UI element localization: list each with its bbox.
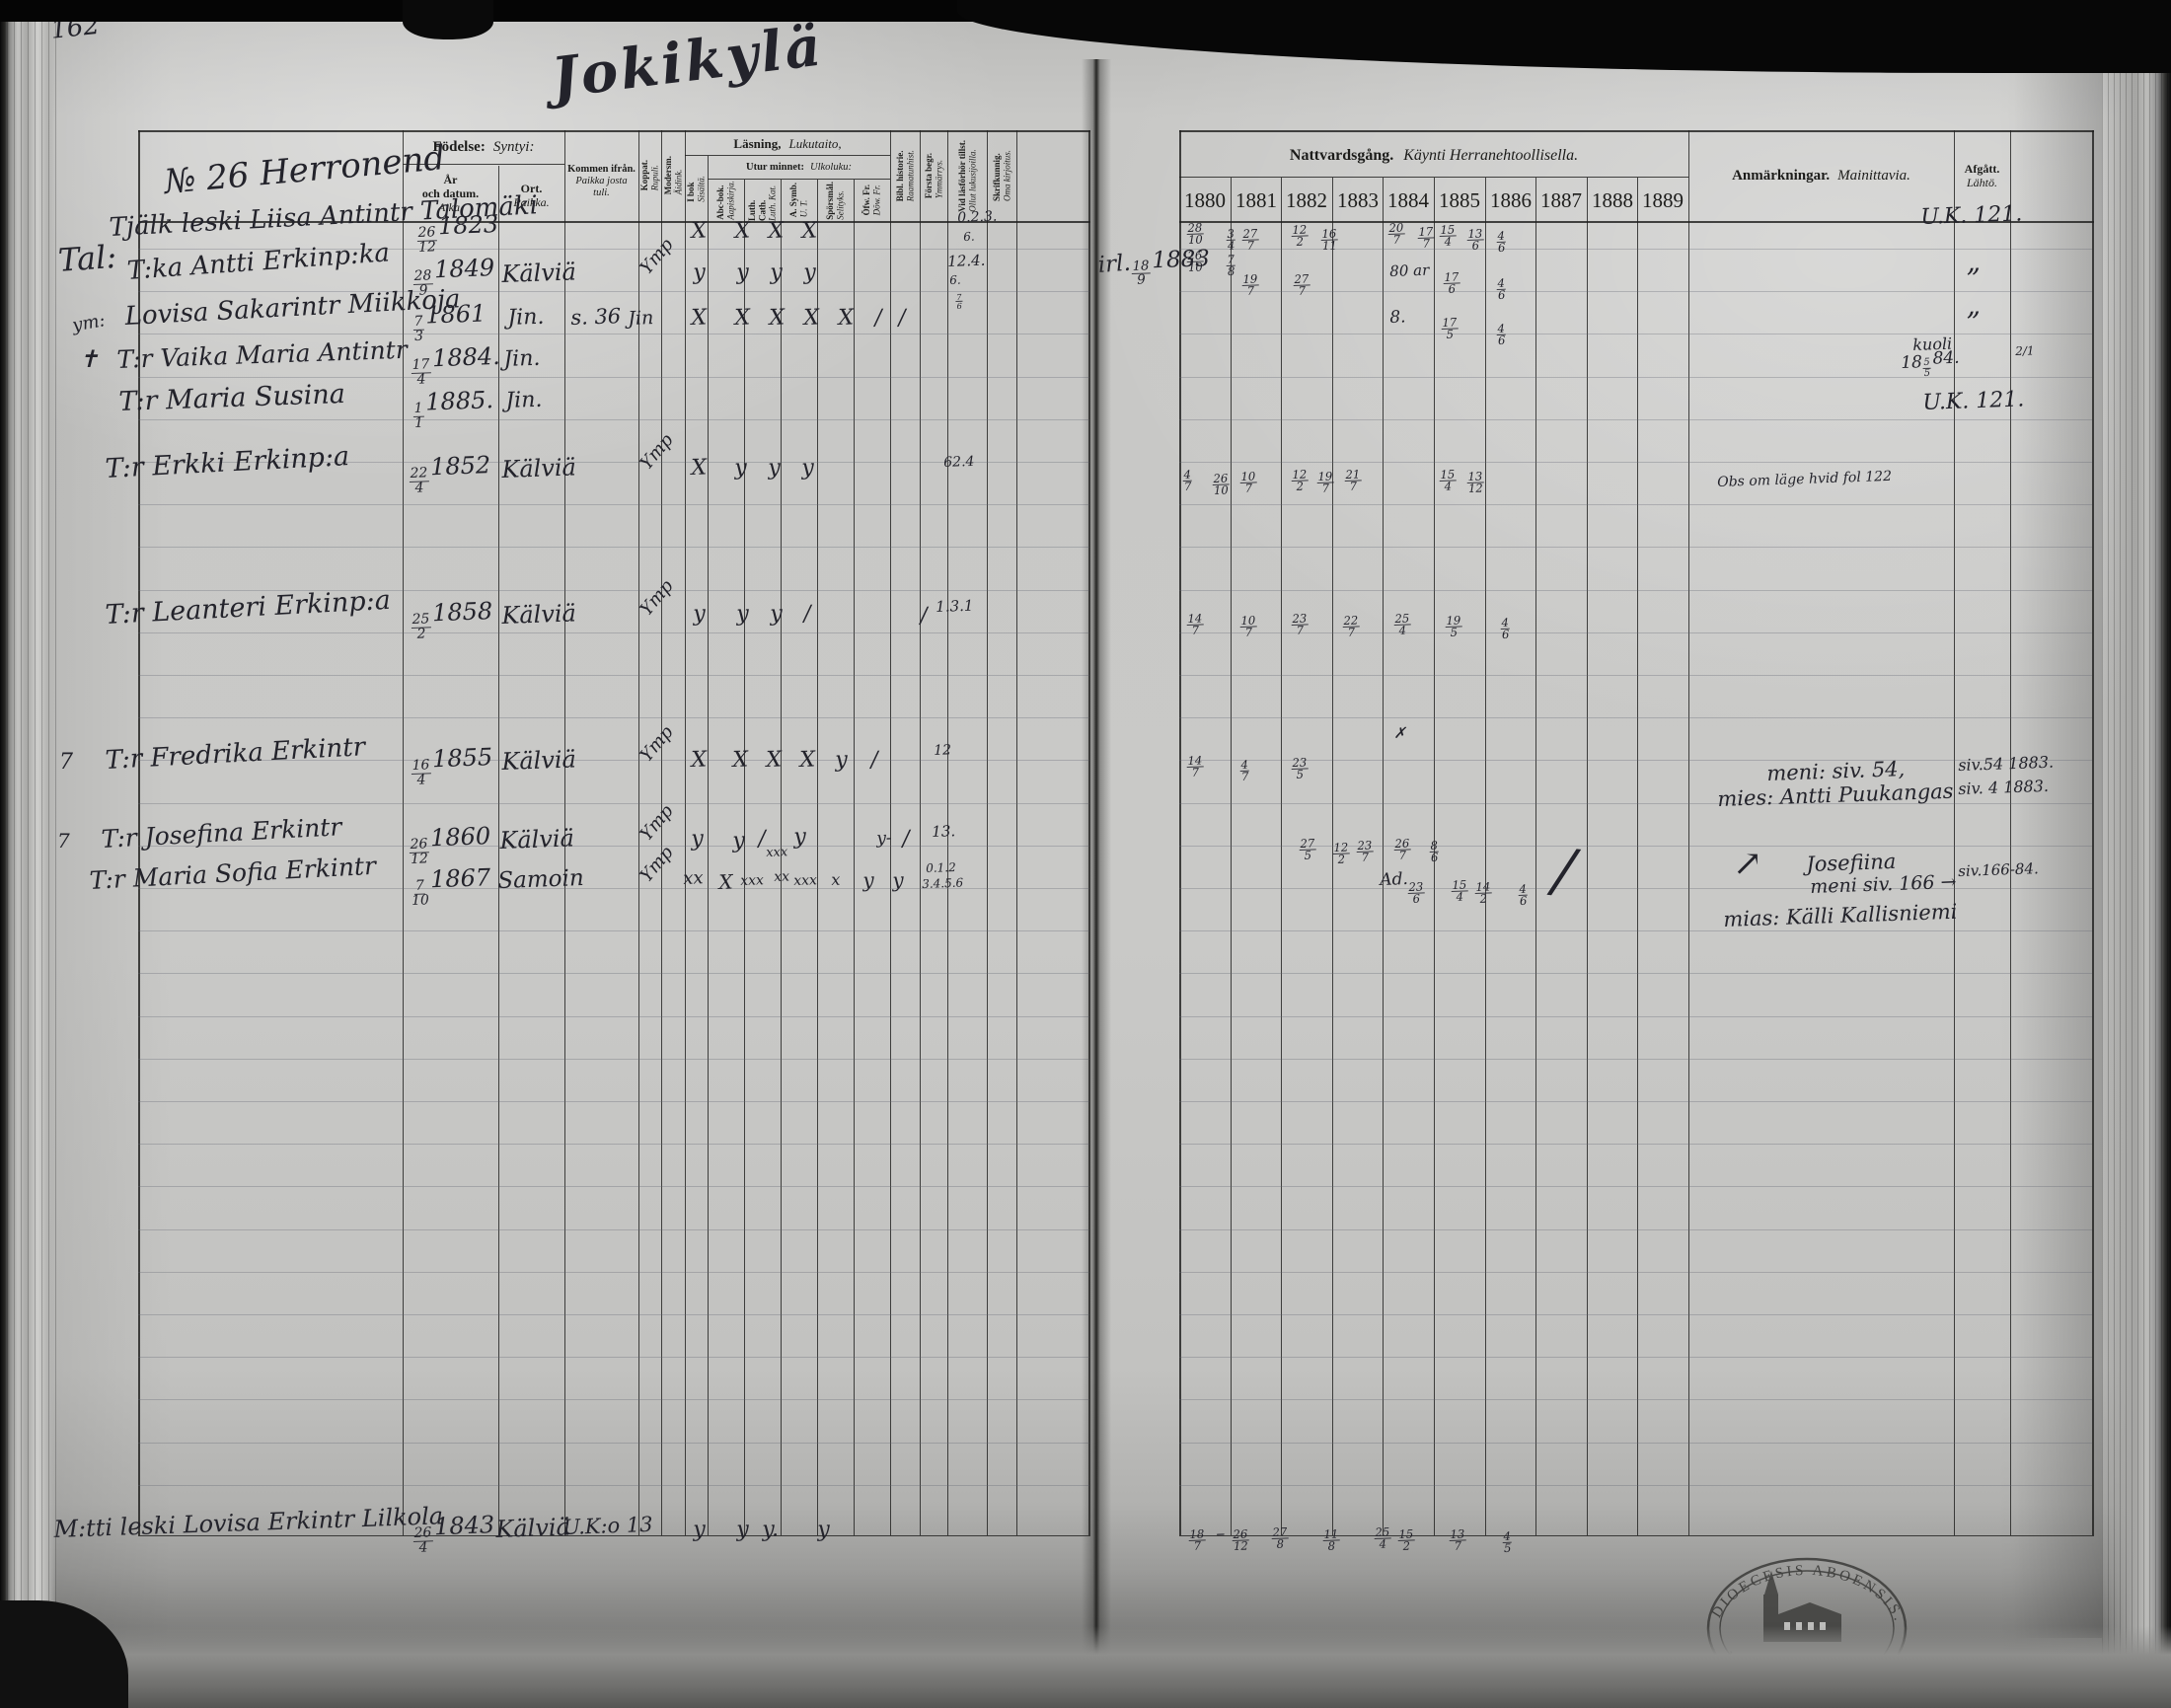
vertical-column-fi: Ollut lukusijoilla.	[967, 140, 977, 212]
handwritten-entry: 5584.	[1922, 350, 1960, 379]
book-right-edge	[2102, 0, 2171, 1708]
header-by-heart-sv: Utur minnet:	[746, 162, 804, 174]
vertical-column-sv: Första begr.	[924, 153, 934, 198]
handwritten-entry: 137	[1449, 1519, 1468, 1553]
handwritten-entry: 107	[1239, 461, 1259, 495]
ruled-line	[1179, 334, 2092, 334]
header-come-from-sv: Kommen ifrån.	[567, 164, 636, 176]
table-line	[1179, 130, 1181, 1535]
handwritten-entry: U.K. 121.	[1922, 389, 2025, 414]
ruled-line	[138, 803, 1089, 804]
ruled-line	[138, 717, 1089, 718]
header-departed-sv: Afgått.	[1965, 163, 2000, 177]
handwritten-entry: y	[770, 604, 783, 626]
handwritten-entry: y	[803, 262, 816, 284]
table-line	[987, 130, 988, 1535]
scan-bottom-band	[0, 1626, 2171, 1708]
year-label-1883: 1883	[1332, 180, 1384, 221]
header-communion-sv: Nattvardsgång.	[1290, 147, 1393, 165]
handwritten-entry: /	[920, 606, 928, 628]
handwritten-entry: xx	[683, 869, 704, 888]
handwritten-entry: irl.	[1097, 253, 1132, 277]
table-line	[1637, 178, 1638, 1535]
vertical-column-3: Abc-bok.Aapiskirja.	[708, 180, 744, 221]
handwritten-entry: 195	[1445, 605, 1464, 639]
handwritten-entry: 8.	[1389, 309, 1406, 327]
header-communion-fi: Käynti Herranehtoollisella.	[1403, 147, 1578, 165]
handwritten-entry: 46	[1496, 314, 1509, 347]
ruled-line	[138, 291, 1089, 292]
header-communion: Nattvardsgång. Käynti Herranehtoollisell…	[1179, 136, 1688, 176]
handwritten-entry: 277	[1241, 218, 1261, 253]
handwritten-entry: y	[862, 870, 874, 890]
table-line	[1088, 130, 1090, 1535]
ruled-line	[1179, 1101, 2092, 1102]
handwritten-entry: 47	[1182, 460, 1195, 493]
ruled-line	[1179, 973, 2092, 974]
handwritten-entry: x	[831, 872, 841, 888]
ruled-line	[1179, 1144, 2092, 1145]
handwritten-entry: y	[801, 458, 814, 480]
handwritten-entry: Kälviä	[501, 455, 576, 482]
handwritten-entry: 187	[1188, 1519, 1208, 1553]
table-line	[1016, 130, 1017, 1535]
ruled-line	[1179, 547, 2092, 548]
handwritten-entry: 47	[1239, 750, 1252, 783]
handwritten-entry: 46	[1496, 268, 1509, 302]
table-line	[1688, 130, 1689, 1535]
handwritten-entry: 1.3.1	[936, 599, 974, 615]
ruled-line	[138, 675, 1089, 676]
handwritten-entry: y	[693, 1520, 706, 1541]
ruled-line	[1179, 590, 2092, 591]
handwritten-entry: siv.166-84.	[1958, 861, 2039, 879]
handwritten-entry: /	[902, 829, 910, 851]
ruled-line	[138, 504, 1089, 505]
handwritten-entry: 227	[1342, 605, 1362, 639]
handwritten-entry: 2612	[1232, 1519, 1251, 1553]
ruled-line	[1179, 1399, 2092, 1400]
table-line	[920, 130, 921, 1535]
handwritten-entry: X	[691, 307, 707, 330]
vertical-column-6: Spörsmål.Selityks.	[817, 180, 854, 221]
handwritten-entry: T:r Maria Susina	[118, 381, 345, 415]
vertical-column-5: A. Symb.U. T.	[781, 180, 817, 221]
handwritten-entry: 13.	[932, 824, 955, 840]
table-line	[1587, 178, 1588, 1535]
header-by-heart-fi: Ulkoluku:	[810, 162, 852, 174]
handwritten-entry: siv.54 1883.	[1958, 755, 2054, 774]
table-line	[1383, 178, 1384, 1535]
table-line	[744, 180, 745, 1535]
ruled-line	[138, 1314, 1089, 1315]
table-line	[1179, 177, 1688, 178]
header-birth-fi: Syntyi:	[493, 139, 535, 156]
handwritten-entry: 122	[1291, 214, 1310, 249]
handwritten-entry: 7	[57, 831, 70, 851]
handwritten-entry: 111885.	[412, 388, 494, 431]
handwritten-entry: 2891849	[412, 256, 495, 299]
handwritten-entry: 107	[1239, 605, 1259, 639]
vertical-column-sv: Bibl. historie.	[895, 150, 905, 201]
handwritten-entry: 278	[1271, 1517, 1291, 1551]
handwritten-entry: Kälviä	[501, 747, 576, 774]
ruled-line	[1179, 1016, 2092, 1017]
header-remarks: Anmärkningar. Mainittavia.	[1688, 132, 1954, 221]
ruled-line	[138, 1272, 1089, 1273]
handwritten-entry: 0.2.3.	[957, 210, 998, 225]
ruled-line	[138, 1016, 1089, 1017]
handwritten-entry: /	[803, 604, 811, 626]
handwritten-entry: Jin.	[505, 390, 543, 412]
ruled-line	[1179, 1443, 2092, 1444]
handwritten-entry: 1611	[1320, 218, 1340, 253]
vertical-column-sv: Luth. Cath.	[747, 180, 768, 221]
handwritten-entry: 1312	[1466, 461, 1486, 495]
table-line	[1231, 178, 1232, 1535]
ruled-line	[1179, 1357, 2092, 1358]
ruled-line	[138, 419, 1089, 420]
handwritten-entry: 147	[1186, 745, 1206, 780]
handwritten-entry: X	[691, 457, 707, 480]
handwritten-entry: X	[718, 872, 733, 892]
header-birth-sv: Födelse:	[433, 139, 486, 156]
ruled-line	[1179, 291, 2092, 292]
vertical-column-2: I bokSisältä.	[685, 156, 708, 221]
header-reading-fi: Lukutaito,	[788, 137, 841, 152]
vertical-column-fi: Äidink.	[673, 156, 683, 194]
handwritten-entry: 12	[934, 743, 951, 758]
handwritten-entry: y	[693, 262, 706, 284]
table-line	[1281, 178, 1282, 1535]
table-line	[685, 155, 890, 156]
handwritten-entry: 45	[1502, 1522, 1515, 1555]
handwritten-entry: 176	[1443, 261, 1462, 296]
handwritten-entry: Josefiina	[1806, 852, 1897, 875]
handwritten-entry: /	[870, 750, 878, 772]
handwritten-entry: 154	[1439, 214, 1459, 249]
vertical-column-sv: Vid läsförhör tillst.	[957, 140, 967, 212]
vertical-column-sv: I bok	[686, 176, 696, 202]
handwritten-entry: 254	[1374, 1517, 1393, 1551]
vertical-column-7: Öfw. Fr.Döw. Fr.	[854, 180, 890, 221]
vertical-column-fi: Aapiskirja.	[726, 181, 736, 220]
ruled-line	[1179, 1272, 2092, 1273]
ruled-line	[1179, 675, 2092, 676]
handwritten-entry: 18	[1901, 354, 1922, 372]
handwritten-entry: 2641843	[412, 1513, 495, 1556]
ruled-line	[138, 1443, 1089, 1444]
handwritten-entry: Kälviä	[501, 601, 576, 628]
ruled-line	[138, 1229, 1089, 1230]
handwritten-entry: xxx	[740, 873, 764, 888]
handwritten-entry: Jin	[628, 309, 654, 329]
handwritten-entry: 254	[1393, 603, 1413, 637]
header-come-from-fi: Paikka josta tuli.	[575, 176, 627, 199]
ruled-line	[138, 1485, 1089, 1486]
table-line	[2010, 130, 2011, 1535]
handwritten-entry: 142	[1474, 871, 1494, 906]
handwritten-entry: Kälviä	[501, 260, 576, 286]
handwritten-entry: 2/1	[2015, 344, 2035, 357]
handwritten-entry: s. 36	[570, 306, 622, 329]
ruled-line	[1179, 1186, 2092, 1187]
handwritten-entry: /	[758, 829, 766, 851]
vertical-column-sv: Spörsmål.	[825, 182, 835, 220]
handwritten-entry: Tal:	[57, 241, 117, 276]
handwritten-entry: y	[734, 458, 747, 480]
handwritten-entry: y	[691, 829, 704, 851]
ruled-line	[138, 1357, 1089, 1358]
handwritten-entry: 46	[1496, 221, 1509, 255]
year-label-1886: 1886	[1485, 180, 1536, 221]
ruled-line	[1179, 632, 2092, 633]
handwritten-entry: –	[1216, 1525, 1226, 1543]
ruled-line	[138, 973, 1089, 974]
handwritten-entry: 237	[1291, 603, 1310, 637]
handwritten-entry: 2610	[1212, 463, 1232, 497]
handwritten-entry: X	[801, 220, 817, 243]
vertical-column-sv: Modersm.	[663, 156, 673, 194]
handwritten-entry: „	[1966, 291, 1981, 319]
handwritten-entry: X	[799, 749, 815, 772]
handwritten-entry: U.K. 121.	[1920, 203, 2023, 229]
handwritten-entry: 62.4	[943, 455, 975, 470]
ruled-line	[1179, 419, 2092, 420]
handwritten-entry: xxx	[793, 873, 817, 888]
header-reading: Läsning, Lukutaito,	[685, 134, 890, 154]
handwritten-entry: y	[736, 604, 749, 626]
vertical-column-4: Luth. Cath.Luth. Kat.	[744, 180, 781, 221]
header-remarks-sv: Anmärkningar.	[1732, 168, 1830, 185]
handwritten-entry: 175	[1441, 307, 1460, 341]
handwritten-entry: 2610	[1186, 240, 1206, 274]
ruled-line	[1179, 1059, 2092, 1060]
vertical-column-fi: Raamatunhist.	[905, 150, 915, 201]
handwritten-entry: Kälviä	[495, 1515, 570, 1541]
vertical-column-1: Modersm.Äidink.	[661, 130, 685, 221]
handwritten-entry: 1741884.	[411, 344, 501, 388]
year-label-1889: 1889	[1637, 180, 1688, 221]
handwritten-entry: 7101867	[411, 865, 491, 909]
vertical-column-9: Första begr.Ymmärrys.	[920, 130, 947, 221]
handwritten-entry: y	[732, 831, 745, 853]
handwritten-entry: 217	[1344, 459, 1364, 493]
ruled-line	[138, 334, 1089, 334]
table-line	[2092, 130, 2094, 1535]
handwritten-entry: 122	[1332, 832, 1352, 866]
header-departed: Afgått. Lähtö.	[1954, 144, 2010, 209]
vertical-column-fi: U. T.	[799, 183, 809, 217]
vertical-column-8: Bibl. historie.Raamatunhist.	[890, 130, 920, 221]
header-come-from: Kommen ifrån. Paikka josta tuli.	[564, 144, 638, 219]
ruled-line	[1179, 504, 2092, 505]
handwritten-entry: y	[817, 1520, 830, 1541]
handwritten-entry: Kälviä	[499, 826, 574, 853]
handwritten-entry: 2241852	[409, 453, 491, 496]
vertical-column-10: Vid läsförhör tillst.Ollut lukusijoilla.	[947, 130, 987, 221]
handwritten-entry: 197	[1316, 461, 1336, 495]
ruled-line	[138, 846, 1089, 847]
handwritten-entry: 3.4.5.6	[922, 877, 963, 890]
ruled-line	[138, 1101, 1089, 1102]
year-label-1881: 1881	[1231, 180, 1282, 221]
handwritten-entry: 207	[1387, 212, 1407, 247]
handwritten-entry: 80 ar	[1389, 263, 1429, 279]
ruled-line	[138, 930, 1089, 931]
vertical-column-fi: Oma kirjoitus.	[1002, 150, 1011, 201]
table-line	[1535, 178, 1536, 1535]
handwritten-entry: y	[768, 458, 781, 480]
vertical-column-0: Koppat.Rupuli.	[638, 130, 661, 221]
handwritten-entry: 136	[1466, 218, 1486, 253]
table-line	[1179, 130, 2094, 132]
handwritten-entry: 78	[1226, 245, 1238, 278]
handwritten-entry: y-	[876, 830, 892, 848]
table-line	[685, 130, 686, 1535]
handwritten-entry: 237	[1356, 830, 1376, 864]
handwritten-entry: xxx	[766, 846, 787, 859]
handwritten-entry: 12.4.	[947, 254, 986, 269]
vertical-column-sv: Abc-bok.	[715, 181, 725, 220]
table-line	[817, 180, 818, 1535]
vertical-column-sv: Koppat.	[639, 160, 649, 190]
handwritten-entry: 236	[1407, 871, 1427, 906]
handwritten-entry: 86	[1429, 831, 1442, 864]
handwritten-entry: 2521858	[411, 599, 493, 642]
handwritten-entry: 6.	[963, 231, 975, 243]
handwritten-entry: Ad.	[1380, 871, 1408, 889]
handwritten-entry: 275	[1299, 828, 1318, 862]
year-label-1887: 1887	[1535, 180, 1587, 221]
ruled-line	[1179, 1229, 2092, 1230]
table-line	[1485, 178, 1486, 1535]
handwritten-entry: Jin.	[503, 348, 541, 371]
ruled-line	[138, 1144, 1089, 1145]
vertical-column-sv: A. Symb.	[788, 183, 798, 217]
handwritten-entry: /	[898, 308, 906, 330]
handwritten-entry: X	[769, 307, 785, 330]
handwritten-entry: 177	[1417, 216, 1437, 251]
handwritten-entry: 118	[1322, 1519, 1342, 1553]
handwritten-entry: /	[874, 308, 882, 330]
handwritten-entry: y	[892, 870, 904, 890]
handwritten-entry: meni siv. 166 →	[1810, 873, 1957, 897]
handwritten-entry: xx	[774, 869, 789, 884]
ruled-line	[138, 547, 1089, 548]
vertical-column-sv: Öfw. Fr.	[861, 185, 871, 215]
vertical-column-fi: Ymmärrys.	[934, 153, 943, 198]
handwritten-entry: y	[736, 262, 749, 284]
handwritten-entry: 26121823	[416, 212, 499, 256]
header-reading-sv: Läsning,	[733, 137, 781, 152]
handwritten-entry: X	[734, 220, 750, 243]
handwritten-entry: 277	[1293, 263, 1312, 298]
ruled-line	[1179, 760, 2092, 761]
ruled-line	[138, 1399, 1089, 1400]
header-by-heart: Utur minnet: Ulkoluku:	[708, 158, 890, 178]
ruled-line	[138, 377, 1089, 378]
handwritten-entry: Jin.	[507, 307, 545, 330]
handwritten-entry: Samoin	[497, 867, 584, 893]
ruled-line	[1179, 717, 2092, 718]
ruled-line	[1179, 1485, 2092, 1486]
table-line	[1179, 1535, 2094, 1536]
handwritten-entry: X	[691, 220, 707, 243]
handwritten-entry: 154	[1451, 869, 1470, 904]
ruled-line	[1179, 803, 2092, 804]
handwritten-entry: X	[732, 749, 748, 772]
header-departed-fi: Lähtö.	[1967, 177, 1997, 190]
handwritten-entry: 0.1.2	[926, 861, 956, 874]
handwritten-entry: X	[691, 749, 707, 772]
year-label-1888: 1888	[1587, 180, 1638, 221]
ruled-line	[1179, 1314, 2092, 1315]
handwritten-entry: siv. 4 1883.	[1958, 779, 2049, 797]
vertical-column-sv: Skrifkunnig.	[992, 150, 1002, 201]
handwritten-entry: y	[736, 1520, 749, 1541]
handwritten-entry: ✗	[1393, 726, 1406, 741]
handwritten-entry: 46	[1518, 874, 1531, 908]
handwritten-entry: ↗	[1733, 847, 1762, 882]
table-line	[854, 180, 855, 1535]
handwritten-entry: 76	[955, 288, 965, 311]
handwritten-entry: 154	[1439, 459, 1459, 493]
book-left-edge	[0, 0, 57, 1708]
handwritten-entry: 26121860	[409, 824, 491, 867]
handwritten-entry: 46	[1500, 608, 1513, 641]
handwritten-entry: X	[803, 307, 819, 330]
header-birth: Födelse: Syntyi:	[403, 132, 564, 164]
handwritten-entry: 147	[1186, 603, 1206, 637]
vertical-column-fi: Döw. Fr.	[872, 185, 882, 215]
handwritten-entry: 267	[1393, 828, 1413, 862]
handwritten-entry: 122	[1291, 459, 1310, 493]
vertical-column-fi: Rupuli.	[650, 160, 660, 190]
handwritten-entry: X	[838, 307, 854, 330]
handwritten-entry: ✝	[79, 347, 99, 371]
handwritten-entry: y	[693, 604, 706, 626]
ruled-line	[138, 1186, 1089, 1187]
handwritten-entry: X	[766, 749, 782, 772]
handwritten-entry: 6.	[949, 274, 961, 286]
ruled-line	[138, 632, 1089, 633]
vertical-column-11: Skrifkunnig.Oma kirjoitus.	[987, 130, 1016, 221]
handwritten-entry: 7	[59, 752, 73, 774]
ruled-line	[138, 1059, 1089, 1060]
handwritten-entry: „	[1966, 248, 1981, 275]
ruled-line	[1179, 249, 2092, 250]
handwritten-entry: X	[734, 307, 750, 330]
handwritten-entry: 731861	[412, 301, 487, 343]
ruled-line	[1179, 930, 2092, 931]
handwritten-entry: 235	[1291, 747, 1310, 781]
handwritten-entry: 152	[1397, 1519, 1417, 1553]
book-scan: № 26 Herronend Födelse: Syntyi: År och d…	[0, 0, 2171, 1708]
handwritten-entry: 197	[1241, 263, 1261, 298]
scan-top-notch	[403, 0, 493, 39]
handwritten-entry: y	[770, 262, 783, 284]
table-line	[1954, 130, 1955, 1535]
vertical-column-fi: Sisältä.	[697, 176, 707, 202]
handwritten-entry: U.K:o 13	[562, 1515, 653, 1538]
handwritten-entry: y.	[762, 1519, 779, 1541]
handwritten-entry: y	[835, 750, 848, 772]
vertical-column-fi: Luth. Kat.	[768, 180, 778, 221]
vertical-column-fi: Selityks.	[836, 182, 846, 220]
header-remarks-fi: Mainittavia.	[1837, 168, 1910, 185]
handwritten-entry: y	[793, 827, 806, 849]
